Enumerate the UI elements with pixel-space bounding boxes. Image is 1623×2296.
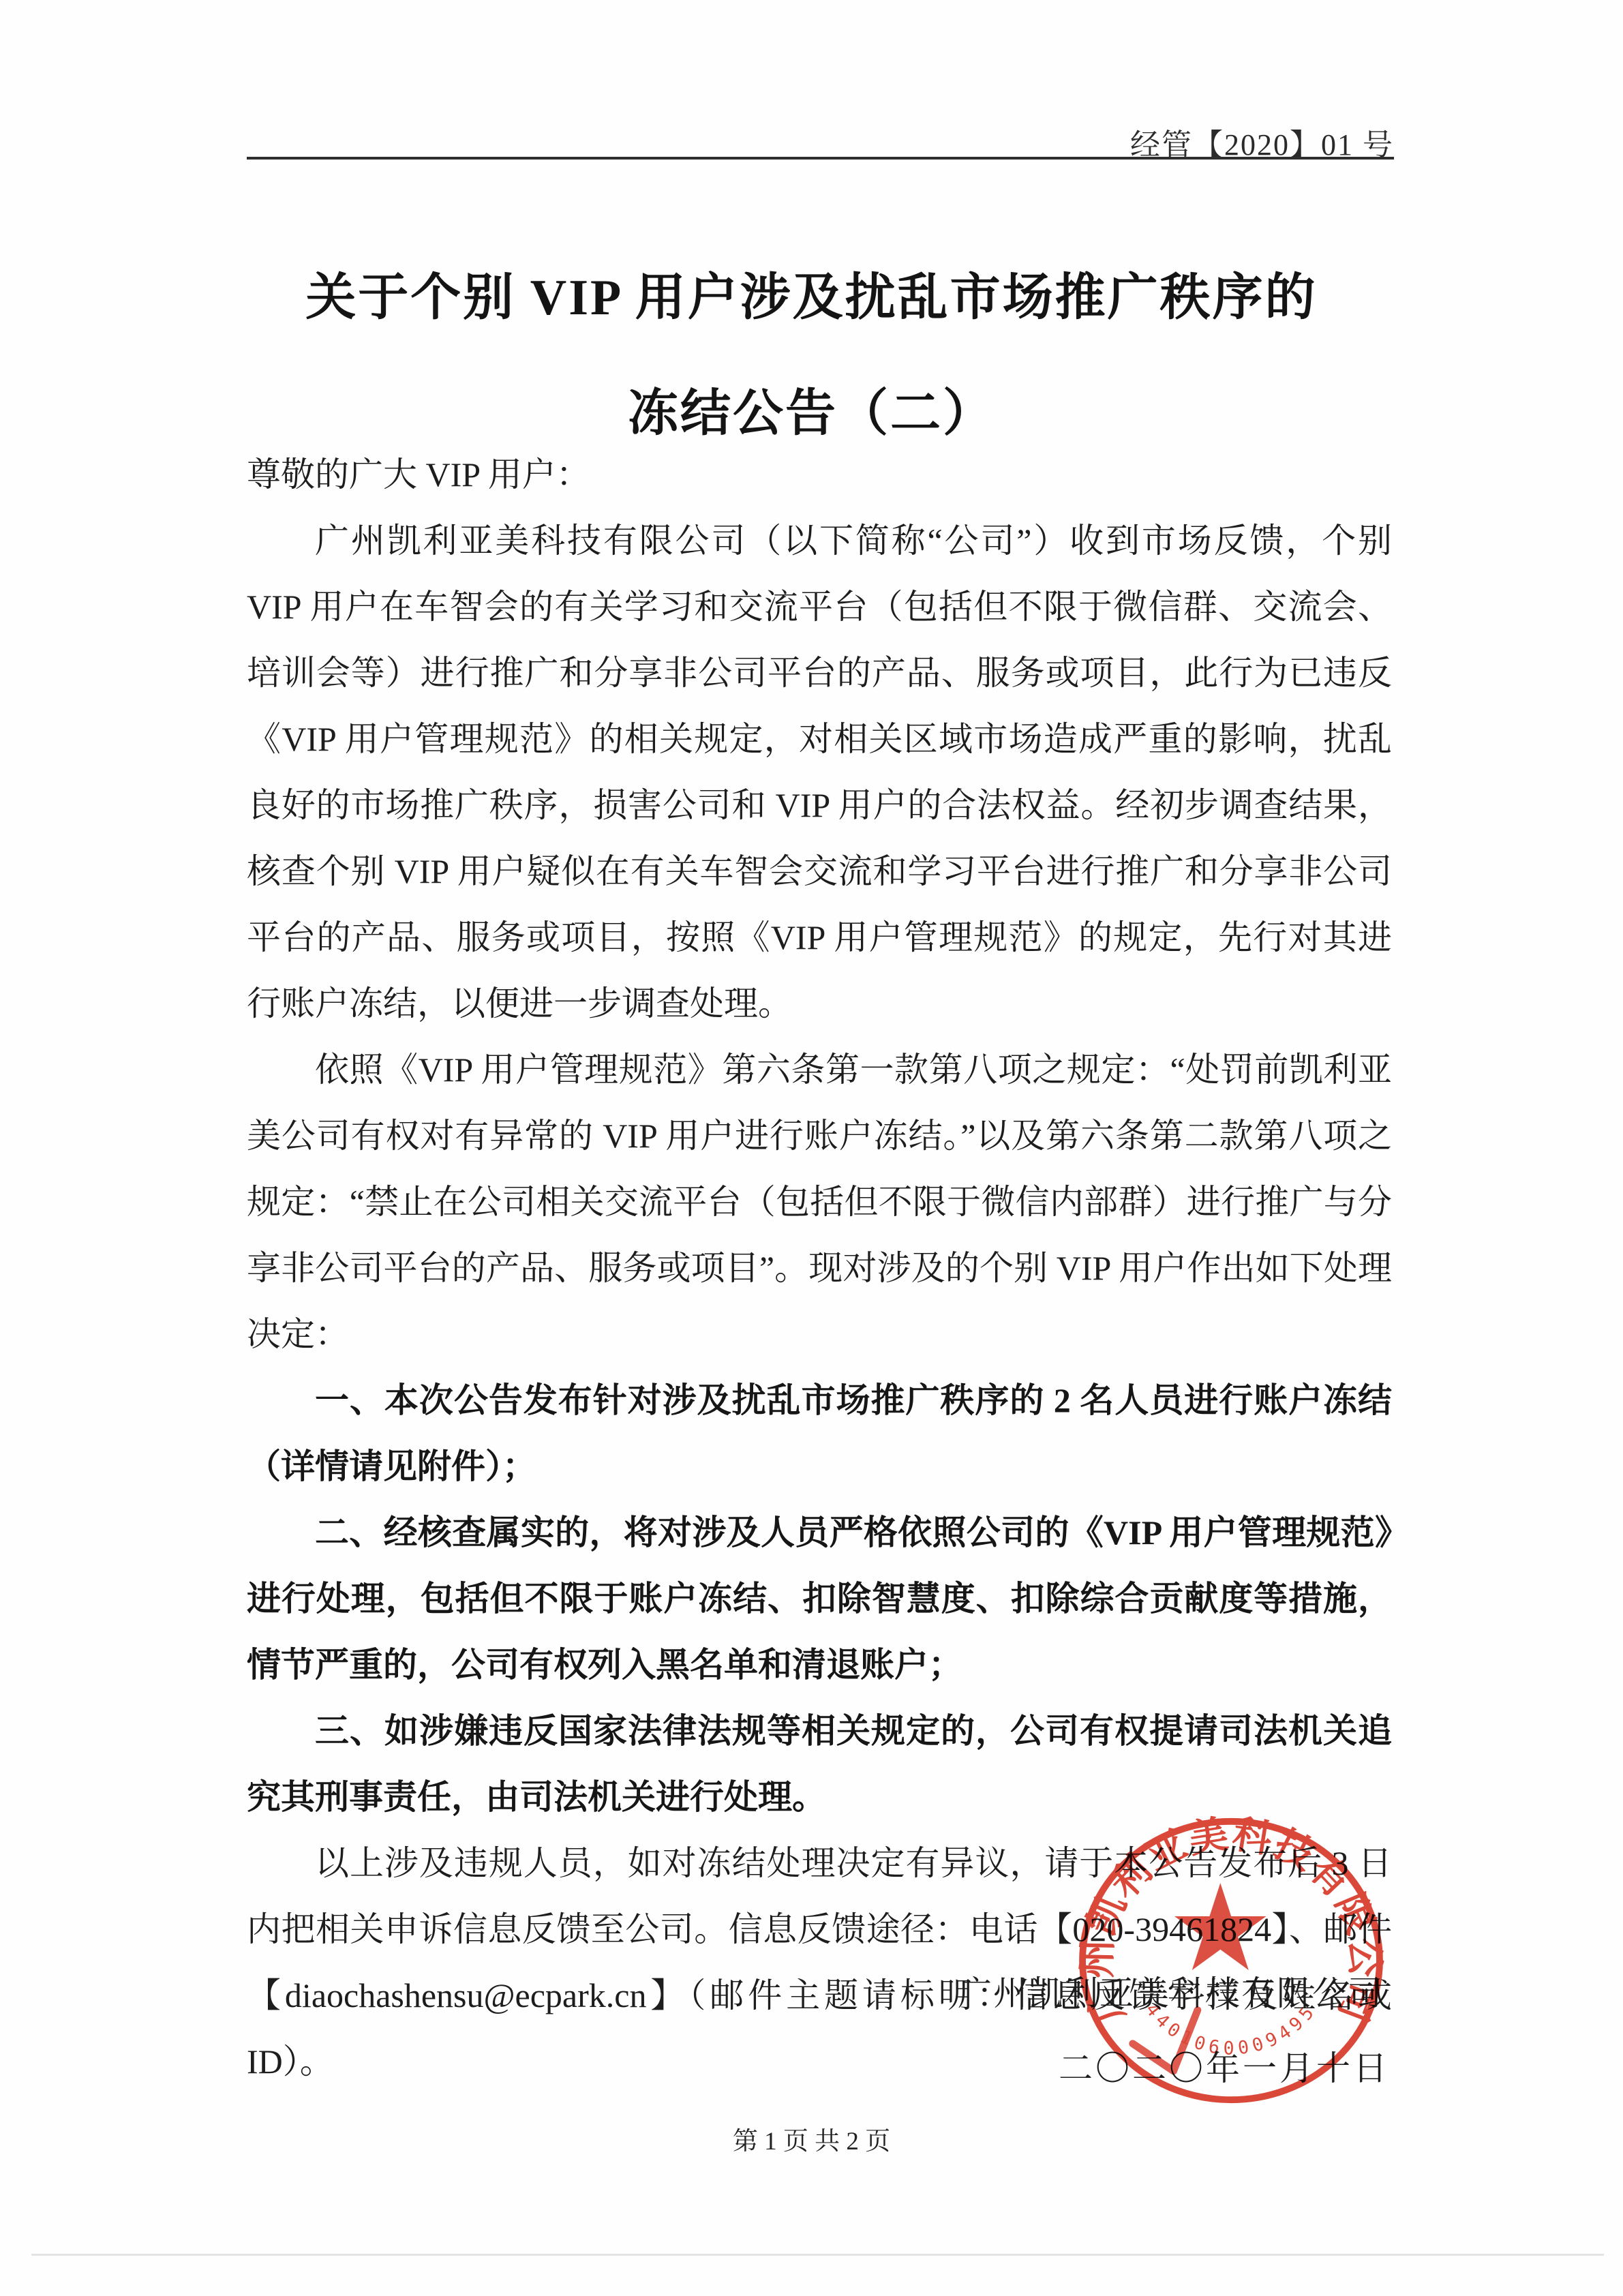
document-title: 关于个别 VIP 用户涉及扰乱市场推广秩序的 冻结公告（二） [0,240,1623,472]
title-line-1: 关于个别 VIP 用户涉及扰乱市场推广秩序的 [0,240,1623,356]
paragraph-decision-2: 二、经核查属实的，将对涉及人员严格依照公司的《VIP 用户管理规范》进行处理，包… [247,1500,1392,1698]
document-page: 经管【2020】01 号 关于个别 VIP 用户涉及扰乱市场推广秩序的 冻结公告… [0,0,1623,2296]
salutation: 尊敬的广大 VIP 用户： [247,442,1392,508]
scan-artifact-line [31,2254,1604,2256]
paragraph-decision-3: 三、如涉嫌违反国家法律法规等相关规定的，公司有权提请司法机关追究其刑事责任，由司… [247,1698,1392,1830]
seal-serial-number: 4401060009495 [1141,1999,1321,2059]
svg-text:4401060009495: 4401060009495 [1141,1999,1321,2059]
paragraph: 广州凯利亚美科技有限公司（以下简称“公司”）收到市场反馈，个别 VIP 用户在车… [247,508,1392,1037]
seal-star [1174,1883,1266,1970]
header-rule [247,157,1394,160]
paragraph-decision-1: 一、本次公告发布针对涉及扰乱市场推广秩序的 2 名人员进行账户冻结（详情请见附件… [247,1368,1392,1500]
page-footer: 第 1 页 共 2 页 [0,2120,1623,2157]
paragraph: 依照《VIP 用户管理规范》第六条第一款第八项之规定：“处罚前凯利亚美公司有权对… [247,1037,1392,1368]
company-seal-stamp: 广州凯利亚美科技有限公司 4401060009495 [1074,1813,1389,2108]
